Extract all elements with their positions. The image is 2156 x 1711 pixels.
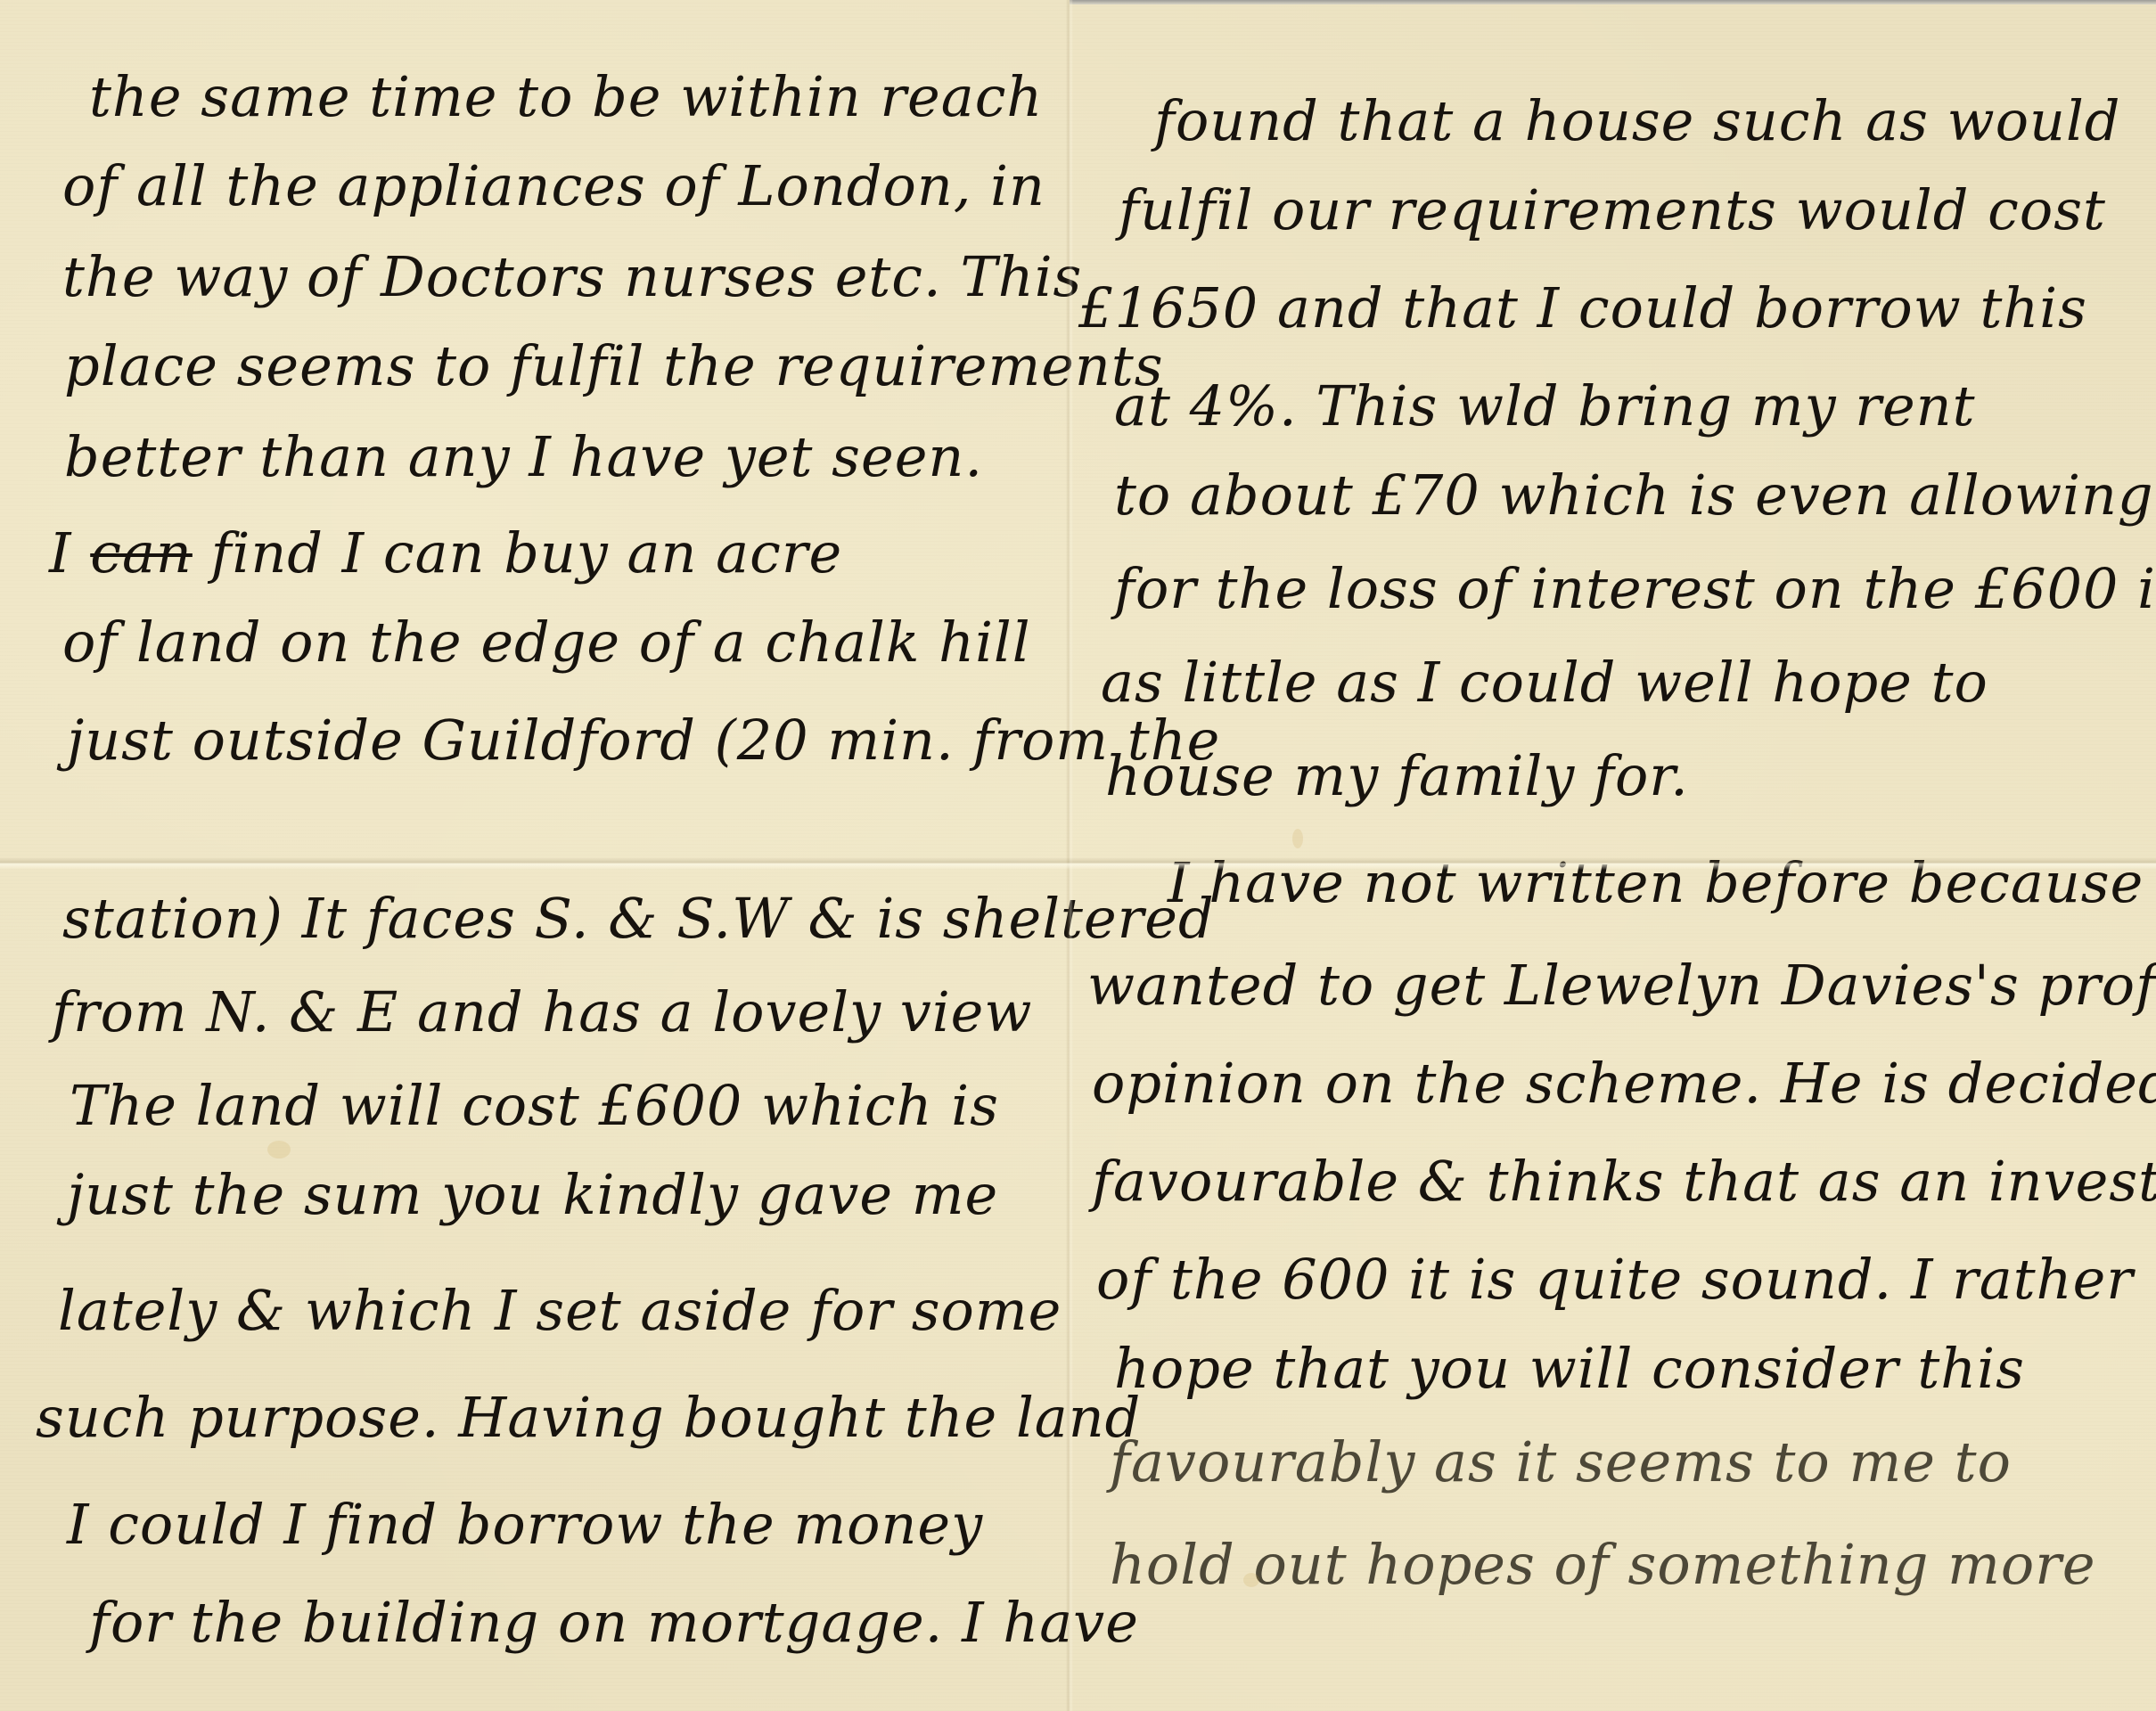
right-line-13: of the 600 it is quite sound. I rather bbox=[1096, 1252, 2134, 1307]
left-line-4: place seems to fulfil the requirements bbox=[64, 339, 1164, 394]
right-line-15: favourably as it seems to me to bbox=[1110, 1435, 2012, 1490]
struck-out-word: can bbox=[90, 520, 193, 585]
right-line-3: £1650 and that I could borrow this bbox=[1078, 281, 2087, 336]
left-line-7: of land on the edge of a chalk hill bbox=[62, 615, 1031, 670]
right-line-5: to about £70 which is even allowing bbox=[1114, 468, 2154, 523]
right-page: found that a house such as would fulfil … bbox=[1070, 0, 2156, 1711]
right-line-10: wanted to get Llewelyn Davies's professi… bbox=[1087, 958, 2156, 1013]
right-line-4: at 4%. This wld bring my rent bbox=[1114, 379, 1975, 434]
left-line-10: from N. & E and has a lovely view bbox=[52, 985, 1032, 1040]
left-line-14: such purpose. Having bought the land bbox=[36, 1390, 1141, 1445]
left-line-6: I can find I can buy an acre bbox=[49, 526, 842, 581]
left-line-5: better than any I have yet seen. bbox=[64, 430, 983, 485]
letter-spread: the same time to be within reach of all … bbox=[0, 0, 2156, 1711]
left-line-3: the way of Doctors nurses etc. This bbox=[62, 250, 1082, 305]
left-line-2: of all the appliances of London, in bbox=[62, 159, 1045, 214]
left-line-9: station) It faces S. & S.W & is sheltere… bbox=[62, 891, 1215, 946]
center-spine bbox=[1066, 0, 1073, 1711]
left-line-15: I could I find borrow the money bbox=[67, 1497, 983, 1552]
right-line-2: fulfil our requirements would cost bbox=[1119, 183, 2106, 238]
right-line-1: found that a house such as would bbox=[1154, 94, 2121, 149]
right-line-14: hope that you will consider this bbox=[1114, 1341, 2025, 1396]
right-line-7: as little as I could well hope to bbox=[1101, 655, 1988, 710]
left-line-11: The land will cost £600 which is bbox=[70, 1078, 999, 1134]
right-line-6: for the loss of interest on the £600 is bbox=[1114, 561, 2156, 617]
left-page: the same time to be within reach of all … bbox=[0, 0, 1070, 1711]
paper-stain bbox=[1292, 829, 1303, 848]
left-line-13: lately & which I set aside for some bbox=[58, 1283, 1062, 1339]
right-line-8: house my family for. bbox=[1105, 749, 1689, 804]
paper-stain bbox=[267, 1141, 291, 1158]
left-line-6-rest: find I can buy an acre bbox=[211, 520, 843, 585]
left-line-12: just the sum you kindly gave me bbox=[67, 1167, 998, 1223]
left-line-8: just outside Guildford (20 min. from the bbox=[67, 713, 1220, 768]
horizontal-fold-crease bbox=[0, 857, 2156, 870]
left-line-1: the same time to be within reach bbox=[89, 70, 1043, 125]
paper-stain bbox=[1243, 1573, 1259, 1587]
right-line-12: favourable & thinks that as an investmen… bbox=[1092, 1154, 2156, 1209]
left-line-16: for the building on mortgage. I have bbox=[89, 1595, 1139, 1650]
right-line-11: opinion on the scheme. He is decidedly bbox=[1092, 1056, 2156, 1111]
left-line-6-start: I bbox=[49, 520, 72, 585]
